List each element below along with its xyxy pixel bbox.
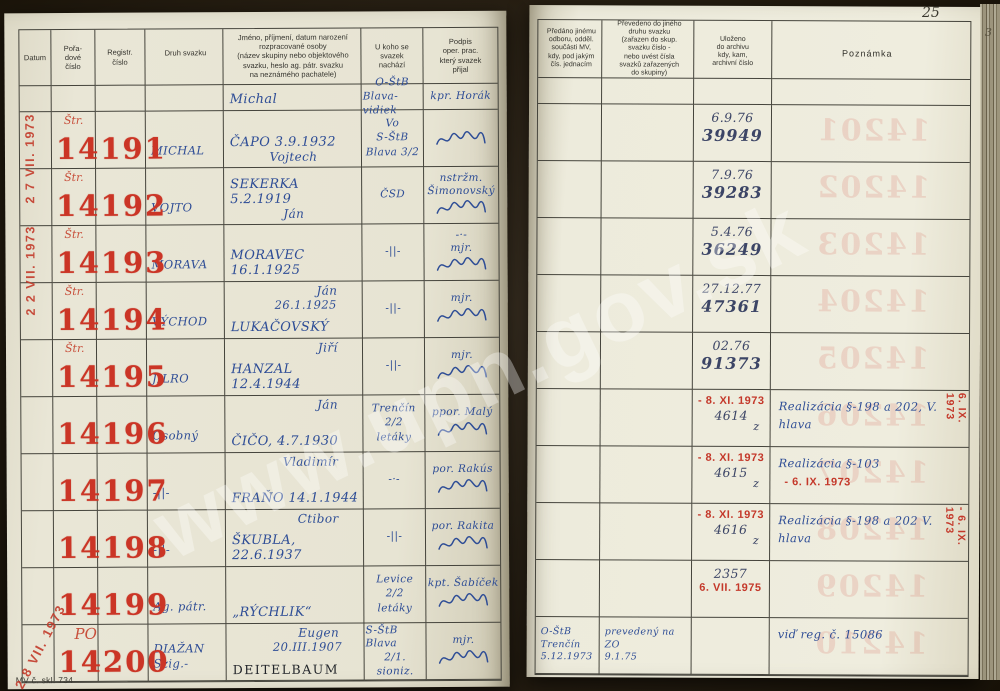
surname-line: Michal (230, 91, 357, 107)
given-name: Ján (316, 284, 337, 298)
cell-u-koho: -·- (364, 452, 426, 509)
registry-row: 14196 Osobný Ján ČIČO, 4.7.1930 Trenčín … (21, 395, 499, 455)
cell-u-koho: Levice 2/2 letáky (364, 566, 426, 623)
holder-line-2: S-ŠtB (376, 132, 408, 145)
signature-scribble (436, 420, 488, 440)
cell-ulozeno-archiv: 02.76 91373 (693, 333, 771, 390)
officer-rank-name: mjr. (452, 634, 474, 647)
cell-datum (21, 397, 53, 454)
registration-number-stamp: 14200 (59, 647, 170, 677)
archive-date-stamp: - 8. XI. 1973 (698, 452, 764, 464)
officer-rank-name: por. Rakús (432, 463, 493, 476)
birth-date: 20.III.1907 (273, 640, 342, 654)
cell-jmeno: ČAPO 3.9.1932 Vojtech (224, 110, 362, 168)
header-jmeno: Jméno, příjmení, datum narození rozpraco… (223, 28, 361, 85)
signature-scribble (436, 306, 488, 326)
converted-line-2: 9.1.75 (605, 652, 638, 664)
signature-ditto: -·- (456, 229, 468, 242)
cell-predano (538, 161, 602, 218)
cell-podpis: -·- mjr. (424, 224, 498, 281)
archive-number: 91373 (701, 354, 762, 373)
holder-line-3: letáky (377, 431, 412, 444)
registry-row-right: 14205 02.76 91373 (537, 332, 969, 391)
cell-poznamka: viď reg. č. 15086 (770, 618, 968, 676)
cell-prevedeno (601, 332, 693, 389)
cell-u-koho: Trenčín 2/2 letáky (363, 395, 425, 452)
margin-note: Štr. (64, 171, 84, 184)
cell-jmeno: Jiří HANZAL 12.4.1944 (225, 338, 363, 396)
cell-jmeno: SEKERKA 5.2.1919 Ján (224, 167, 362, 225)
registration-number-stamp: 14196 (57, 419, 168, 449)
registry-row-right: 14206 - 8. XI. 1973 4614 z Realizácia §-… (537, 389, 969, 448)
given-name: Ctibor (298, 512, 339, 526)
signature-scribble (438, 648, 490, 668)
holder-line-1: -||- (385, 303, 401, 316)
surname-line: SEKERKA 5.2.1919 (230, 176, 357, 207)
cell-ulozeno-archiv: 6.9.76 39949 (694, 105, 772, 162)
archive-date: 4615 (714, 465, 747, 480)
given-name: Ján (317, 398, 338, 412)
cell-predano (537, 275, 601, 332)
signature-scribble (437, 534, 489, 554)
registry-row: PO 14200 DIAŽAN Szig.- Eugen 20.III.1907… (22, 623, 500, 683)
registry-row: 14199 Ag. pátr. „RÝCHLIK“ Levice 2/2 let… (22, 566, 500, 626)
cell-poznamka (772, 162, 970, 220)
registry-table-right: Předáno jinému odboru, odděl. součásti M… (535, 19, 972, 677)
holder-line-3: letáky (377, 602, 412, 615)
cell-jmeno: Ctibor ŠKUBLA, 22.6.1937 (226, 509, 364, 567)
given-name-below: Vojtech (270, 150, 318, 164)
surname-line: DEITELBAUM (233, 661, 360, 677)
cell-ulozeno-archiv (694, 79, 772, 105)
registry-row: Štr. 14192 VOJTO SEKERKA 5.2.1919 Ján ČS… (20, 167, 498, 227)
registry-row-right: 14208 - 8. XI. 1973 4616 z Realizácia §-… (536, 503, 968, 562)
cell-jmeno: MORAVEC 16.1.1925 (224, 224, 362, 282)
right-book-page: Předáno jinému odboru, odděl. součásti M… (527, 5, 982, 679)
officer-rank-name: kpt. Šabíček (428, 577, 499, 590)
holder-line-1: -||- (386, 360, 402, 373)
signature-scribble (436, 363, 488, 383)
date-stamp-1: 2 7 VII. 1973 (23, 113, 37, 203)
officer-rank-name: nstržm. (440, 172, 483, 185)
given-name: Eugen (298, 626, 339, 640)
cell-prevedeno (602, 104, 694, 161)
transferred-to-line-2: 5.12.1973 (541, 651, 593, 664)
holder-line-1: Vo (385, 118, 399, 131)
registration-number-stamp: 14198 (58, 533, 169, 563)
cell-poznamka (772, 79, 970, 106)
registration-number-stamp: 14197 (58, 476, 169, 506)
cell-poznamka (771, 333, 969, 391)
cell-datum (21, 340, 53, 397)
header-datum: Datum (19, 30, 51, 86)
registry-row-right: 14204 27.12.77 47361 (537, 275, 969, 334)
registry-row-right: 14207 - 8. XI. 1973 4615 z Realizácia §-… (536, 446, 968, 505)
cell-poznamka (772, 105, 970, 163)
cell-poznamka (771, 276, 969, 334)
archive-number: 39949 (702, 126, 763, 145)
registry-row: Štr. 14191 MICHAL ČAPO 3.9.1932 Vojtech … (20, 110, 498, 170)
cell-u-koho: -||- (364, 509, 426, 566)
cell-ulozeno-archiv: 2357 6. VII. 1975 (692, 561, 770, 618)
holder-line-1: ČSD (380, 189, 405, 202)
registry-row-right (538, 78, 970, 106)
officer-rank-name: mjr. (451, 349, 473, 362)
archive-date: 2357 (714, 566, 747, 581)
cell-datum (22, 511, 54, 568)
registration-number-stamp: 14199 (58, 590, 169, 620)
cell-podpis (424, 110, 498, 167)
holder-line-1: S-ŠtB Blava (365, 624, 424, 651)
cell-poradove-cislo (52, 86, 96, 112)
registry-row-right: 14209 2357 6. VII. 1975 (536, 560, 968, 619)
officer-rank-name: por. Rakita (432, 520, 495, 533)
holder-line-2: 2/1. (384, 651, 406, 664)
registry-row-right: 14203 5.4.76 36249 (537, 218, 969, 277)
cell-predano (536, 446, 600, 503)
cell-u-koho: S-ŠtB Blava 2/1. sioniz. (364, 623, 426, 680)
registration-number-stamp: 14194 (57, 305, 168, 335)
cell-predano (537, 218, 601, 275)
cell-ulozeno-archiv: 7.9.76 39283 (694, 162, 772, 219)
registration-number-stamp: 14195 (57, 362, 168, 392)
header-predano: Předáno jinému odboru, odděl. součásti M… (538, 20, 602, 78)
cell-datum (22, 454, 54, 511)
margin-note: Štr. (64, 228, 84, 241)
registry-row: Štr. 14195 JILRO Jiří HANZAL 12.4.1944 -… (21, 338, 499, 398)
cell-predano (538, 78, 602, 104)
cell-podpis: por. Rakita (426, 509, 500, 566)
cell-podpis: mjr. (425, 338, 499, 395)
cell-datum (20, 86, 52, 112)
cell-podpis: kpr. Horák (424, 84, 498, 110)
archive-fraction-mark: z (753, 477, 759, 490)
left-table-header: Datum Pořa- dové číslo Registr. číslo Dr… (19, 28, 497, 87)
cell-podpis: mjr. (425, 281, 499, 338)
cell-u-koho: -||- (362, 224, 424, 281)
cell-registracni-cislo (96, 86, 146, 112)
cell-prevedeno (600, 503, 692, 560)
left-book-page: Datum Pořa- dové číslo Registr. číslo Dr… (4, 11, 510, 690)
archive-number: 47361 (701, 297, 762, 316)
remark-text: viď reg. č. 15086 (778, 627, 883, 641)
cell-prevedeno (602, 161, 694, 218)
margin-note: Štr. (65, 342, 85, 355)
transferred-to-line-1: O-ŠtB Trenčín (541, 627, 597, 652)
cell-predano (536, 560, 600, 617)
signature-scribble (437, 477, 489, 497)
registry-row: Štr. 14193 MORAVA MORAVEC 16.1.1925 -||-… (20, 224, 498, 284)
cell-predano (537, 332, 601, 389)
remark-text: Realizácia §-103 (778, 456, 879, 470)
cell-prevedeno (600, 560, 692, 617)
surname-line: MORAVEC 16.1.1925 (230, 247, 357, 278)
archive-date-stamp: - 8. XI. 1973 (698, 395, 764, 407)
officer-rank-name: kpr. Horák (430, 90, 491, 103)
archive-date: 4616 (714, 522, 747, 537)
surname-line: „RÝCHLIK“ (232, 604, 359, 620)
cell-jmeno: Michal (224, 84, 362, 111)
signature-scribble (437, 591, 489, 611)
archive-fraction-mark: z (753, 420, 759, 433)
archive-date: 7.9.76 (711, 167, 753, 182)
cell-ulozeno-archiv: - 8. XI. 1973 4614 z (693, 390, 771, 447)
registry-row: Štr. 14194 VÝCHOD Ján 26.1.1925 LUKAČOVS… (21, 281, 499, 341)
remark-red-date: - 6. IX. 1973 (784, 476, 850, 488)
header-prevedeno: Převedeno do jiného druhu svazku (zařaze… (602, 20, 694, 78)
cell-prevedeno (602, 78, 694, 104)
remark-text: Realizácia §-198 a 202, V. hlava (779, 399, 938, 431)
officer-rank-name: ppor. Malý (432, 406, 493, 419)
registration-number-stamp: 14193 (56, 248, 167, 278)
date-stamp-2: 2 2 VII. 1973 (23, 225, 37, 315)
next-page-edge-digit: 3 (985, 26, 992, 39)
header-ulozeno: Uloženo do archivu kdy, kam, archivní čí… (694, 21, 772, 79)
cell-prevedeno (600, 446, 692, 503)
cell-predano (537, 389, 601, 446)
holder-line-1: -||- (387, 531, 403, 544)
signature-scribble (435, 128, 487, 148)
surname-line: ČAPO 3.9.1932 (230, 134, 357, 150)
holder-line-1: -·- (388, 474, 400, 487)
cell-prevedeno: prevedený na ZO 9.1.75 (600, 617, 692, 674)
header-poznamka: Poznámka (772, 21, 970, 80)
header-poradove: Pořa- dové číslo (51, 30, 95, 86)
officer-rank-name: mjr. (451, 292, 473, 305)
registry-row-right: 14202 7.9.76 39283 (538, 161, 970, 220)
right-table-header: Předáno jinému odboru, odděl. součásti M… (538, 20, 970, 80)
remark-text: Realizácia §-198 a 202 V. hlava (778, 513, 933, 545)
cell-ulozeno-archiv: - 8. XI. 1973 4616 z (692, 504, 770, 561)
cell-predano (536, 503, 600, 560)
given-name-below: Ján (283, 207, 304, 221)
given-name: Vladimír (283, 455, 338, 469)
signature-scribble (436, 255, 488, 275)
cell-podpis: kpt. Šabíček (426, 566, 500, 623)
cell-poznamka: Realizácia §-103 - 6. IX. 1973 (770, 447, 968, 505)
archive-date-stamp: - 8. XI. 1973 (698, 509, 764, 521)
cell-prevedeno (601, 218, 693, 275)
officer-rank-name: mjr. (450, 241, 472, 254)
signature-scribble (435, 198, 487, 218)
header-registr: Registr. číslo (95, 30, 145, 86)
holder-line-2: 2/2 (386, 588, 404, 601)
registry-table-left: Datum Pořa- dové číslo Registr. číslo Dr… (18, 27, 501, 684)
archive-date: 4614 (714, 408, 747, 423)
archive-date: 6.9.76 (711, 110, 753, 125)
cell-ulozeno-archiv: 27.12.77 47361 (693, 276, 771, 333)
surname-line: FRAŇO 14.1.1944 (232, 490, 359, 506)
given-name: Jiří (318, 341, 338, 355)
cell-jmeno: Vladimír FRAŇO 14.1.1944 (226, 452, 364, 510)
remark-vertical-red-date: 6. IX. 1973 (944, 393, 968, 447)
cell-podpis: mjr. (426, 623, 500, 680)
surname-line: HANZAL 12.4.1944 (231, 361, 358, 392)
cell-druh-svazku (146, 85, 224, 111)
surname-line: LUKAČOVSKÝ (231, 319, 358, 335)
cell-prevedeno (601, 389, 693, 446)
header-druh: Druh svazku (145, 29, 223, 85)
registry-row-right: 14210 O-ŠtB Trenčín 5.12.1973 prevedený … (536, 617, 968, 676)
page-number: 25 (922, 5, 940, 21)
cell-ulozeno-archiv: 5.4.76 36249 (693, 219, 771, 276)
cell-ulozeno-archiv (692, 618, 770, 675)
archive-date-stamp-2: 6. VII. 1975 (699, 582, 761, 594)
margin-note: PO (74, 625, 96, 643)
cell-poznamka: Realizácia §-198 a 202 V. hlava - 6. IX.… (770, 504, 968, 562)
holder-line-2: 2/2 (385, 417, 403, 430)
cell-podpis: ppor. Malý (425, 395, 499, 452)
archive-number: 36249 (702, 240, 763, 259)
holder-line-1: Levice (376, 573, 413, 586)
remark-vertical-red-date: - 6. IX. 1973 (943, 507, 967, 561)
cell-podpis: nstržm. Šimonovský (424, 167, 498, 224)
margin-note: Štr. (64, 114, 84, 127)
header-podpis: Podpis oper. prac. který svazek přijal (423, 28, 497, 84)
officer-name-2: Šimonovský (427, 184, 495, 197)
cell-ulozeno-archiv: - 8. XI. 1973 4615 z (692, 447, 770, 504)
cell-u-koho: Vo S-ŠtB Blava 3/2 (362, 110, 424, 167)
cell-poznamka (771, 219, 969, 277)
holder-line-1: O-ŠtB (375, 77, 409, 90)
cell-jmeno: Ján ČIČO, 4.7.1930 (225, 395, 363, 453)
cell-u-koho: -||- (363, 281, 425, 338)
archive-fraction-mark: z (753, 534, 759, 547)
converted-line-1: prevedený na ZO (605, 627, 689, 652)
cell-predano (538, 104, 602, 161)
cell-u-koho: O-ŠtB Blava-vidiek (362, 84, 424, 110)
scanned-registry-book-photo: Datum Pořa- dové číslo Registr. číslo Dr… (0, 0, 1000, 691)
surname-line: ŠKUBLA, 22.6.1937 (232, 532, 359, 563)
archive-date: 27.12.77 (702, 281, 761, 296)
registry-row-right: 14201 6.9.76 39949 (538, 104, 970, 163)
cell-u-koho: -||- (363, 338, 425, 395)
registry-row: 14197 -||- Vladimír FRAŇO 14.1.1944 -·- … (22, 452, 500, 512)
registry-row: 14198 -||- Ctibor ŠKUBLA, 22.6.1937 -||-… (22, 509, 500, 569)
cell-u-koho: ČSD (362, 167, 424, 224)
margin-note: Štr. (65, 285, 85, 298)
holder-line-3: Blava 3/2 (366, 146, 419, 159)
surname-line: ČIČO, 4.7.1930 (231, 433, 358, 449)
holder-line-1: Trenčín (372, 402, 416, 415)
archive-number: 39283 (702, 183, 763, 202)
cell-poznamka (770, 561, 968, 619)
archive-date: 5.4.76 (711, 224, 753, 239)
cell-jmeno: Eugen 20.III.1907 DEITELBAUM (226, 623, 364, 681)
birth-date: 26.1.1925 (275, 298, 337, 312)
cell-predano: O-ŠtB Trenčín 5.12.1973 (536, 617, 600, 674)
registry-row: Michal O-ŠtB Blava-vidiek kpr. Horák (20, 84, 498, 113)
holder-line-3: sioniz. (377, 665, 414, 678)
cell-podpis: por. Rakús (426, 452, 500, 509)
archive-date: 02.76 (713, 338, 751, 353)
registration-number-stamp: 14191 (56, 134, 167, 164)
book-page-edges (980, 4, 1000, 680)
registration-number-stamp: 14192 (56, 191, 167, 221)
cell-jmeno: „RÝCHLIK“ (226, 566, 364, 624)
cell-prevedeno (601, 275, 693, 332)
holder-line-1: -||- (385, 246, 401, 259)
cell-jmeno: Ján 26.1.1925 LUKAČOVSKÝ (225, 281, 363, 339)
cell-poznamka: Realizácia §-198 a 202, V. hlava 6. IX. … (771, 390, 969, 448)
